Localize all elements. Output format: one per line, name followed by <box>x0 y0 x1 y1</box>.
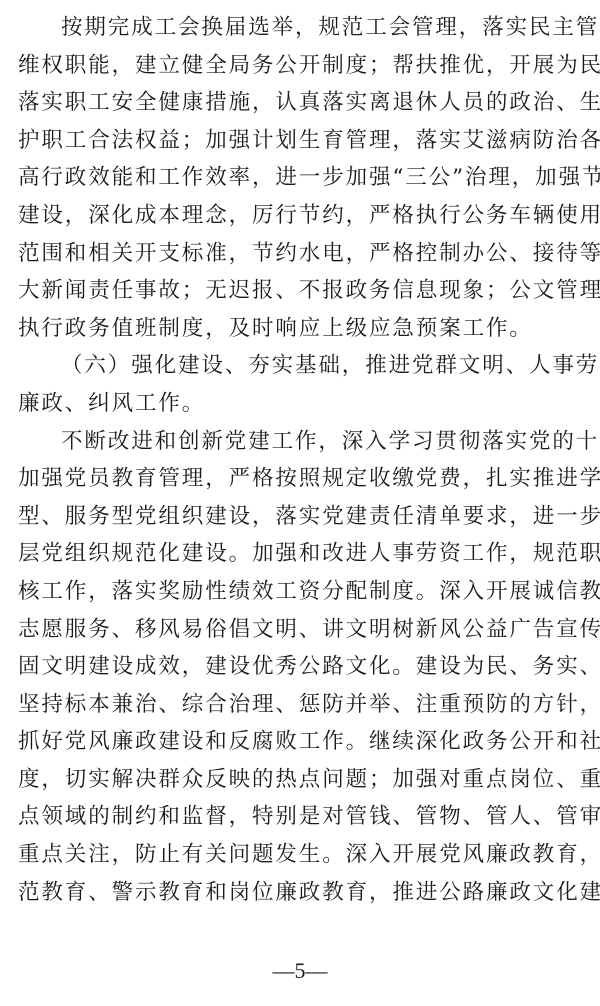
text-line: 坚持标本兼治、综合治理、惩防并举、注重预防的方针，坚持不懈地 <box>18 686 584 724</box>
text-line: 大新闻责任事故；无迟报、不报政务信息现象；公文管理规范；严格 <box>18 272 584 310</box>
text-line: 护职工合法权益；加强计划生育管理，落实艾滋病防治各项措施。提 <box>18 122 584 160</box>
text-line: 固文明建设成效，建设优秀公路文化。建设为民、务实、清廉公路。 <box>18 648 584 686</box>
text-line: 重点关注，防止有关问题发生。深入开展党风廉政教育，深入开展示 <box>18 836 584 874</box>
text-line: 型、服务型党组织建设，落实党建责任清单要求，进一步加强公路基 <box>18 498 584 536</box>
text-line: 层党组织规范化建设。加强和改进人事劳资工作，规范职工考勤、考 <box>18 535 584 573</box>
section-heading-line: （六）强化建设、夯实基础，推进党群文明、人事劳资、党风 <box>18 347 584 385</box>
section-heading-line: 廉政、纠风工作。 <box>18 385 584 423</box>
text-line: 维权职能，建立健全局务公开制度；帮扶推优，开展为民办实事活动， <box>18 47 584 85</box>
text-line: 范教育、警示教育和岗位廉政教育，推进公路廉政文化建设，巩固罗 <box>18 874 584 912</box>
text-line: 加强党员教育管理，严格按照规定收缴党费，扎实推进学习型、创新 <box>18 460 584 498</box>
document-page: 按期完成工会换届选举，规范工会管理，落实民主管理、帮扶、 维权职能，建立健全局务… <box>18 9 584 911</box>
text-line: 点领域的制约和监督，特别是对管钱、管物、管人、管审批等人员要 <box>18 798 584 836</box>
text-line: 按期完成工会换届选举，规范工会管理，落实民主管理、帮扶、 <box>18 9 584 47</box>
text-line: 不断改进和创新党建工作，深入学习贯彻落实党的十九大精神， <box>18 423 584 461</box>
text-line: 执行政务值班制度，及时响应上级应急预案工作。 <box>18 310 584 348</box>
text-line: 抓好党风廉政建设和反腐败工作。继续深化政务公开和社会监督制 <box>18 723 584 761</box>
text-line: 志愿服务、移风易俗倡文明、讲文明树新风公益广告宣传活动等，巩 <box>18 611 584 649</box>
text-line: 范围和相关开支标准，节约水电，严格控制办公、接待等费用；无重 <box>18 235 584 273</box>
text-line: 高行政效能和工作效率，进一步加强“三公”治理，加强节约型机关 <box>18 159 584 197</box>
text-line: 落实职工安全健康措施，认真落实离退休人员的政治、生活待遇，维 <box>18 84 584 122</box>
text-line: 核工作，落实奖励性绩效工资分配制度。深入开展诚信教育、学雷锋 <box>18 573 584 611</box>
page-number: —5— <box>0 958 600 984</box>
text-line: 度，切实解决群众反映的热点问题；加强对重点岗位、重点环节和重 <box>18 761 584 799</box>
text-line: 建设，深化成本理念，厉行节约，严格执行公务车辆使用、公务接待 <box>18 197 584 235</box>
